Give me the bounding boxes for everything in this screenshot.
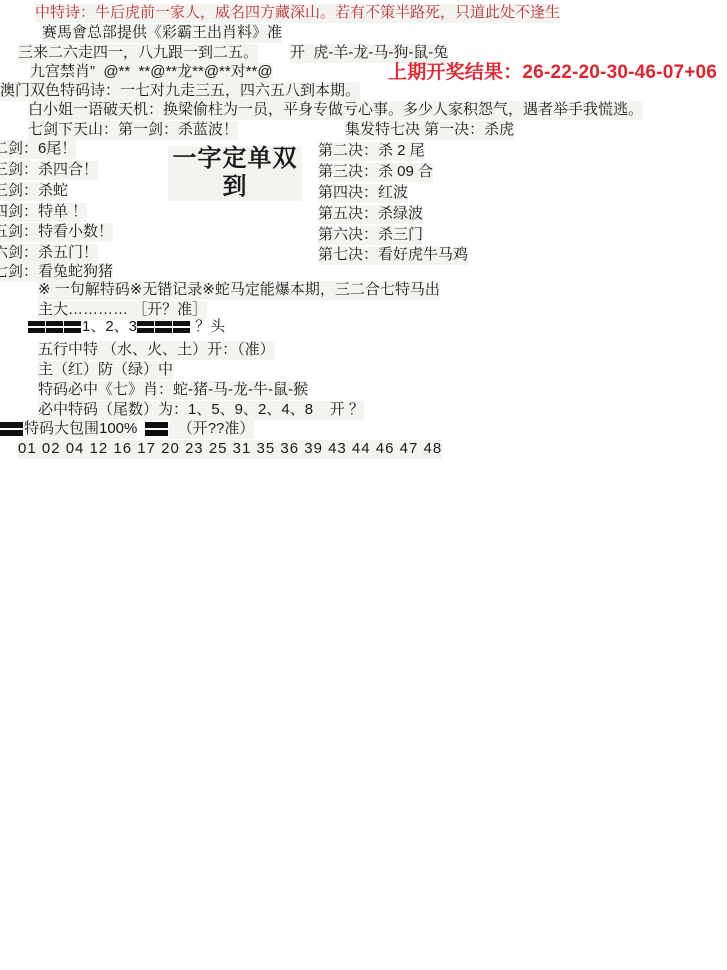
double-bar-icon	[137, 321, 154, 333]
saima-line: 赛馬會总部提供《彩霸王出肖料》准	[42, 24, 282, 43]
sword-item: 七剑：看兔蛇狗猪	[0, 263, 113, 282]
bars-tail-text: ？头	[191, 318, 225, 337]
jue-item: 第七决：看好虎牛马鸡	[318, 246, 468, 265]
bars-line: 1、2、3 ？头	[28, 318, 225, 337]
jue-item: 第二决：杀 2 尾	[318, 142, 425, 161]
center-banner-line1: 一字定单双	[168, 146, 302, 174]
double-bar-icon	[155, 321, 172, 333]
aomen-poem: 澳门双色特码诗：一七对九走三五，四六五八到本期。	[0, 82, 360, 101]
baixiaojie-line: 白小姐一语破天机：换梁偷柱为一员，平身专做亏心事。多少人家积怨气，遇者举手我慌逃…	[28, 101, 643, 120]
double-bar-icon	[28, 321, 45, 333]
double-bar-icon	[46, 321, 63, 333]
sword-item: 二剑：6尾！	[0, 140, 76, 159]
zhufang-line: 主（红）防（绿）中	[38, 361, 173, 380]
sword-item: 五剑：特看小数！	[0, 223, 113, 242]
jue-item: 第六决：杀三门	[318, 226, 423, 245]
sanlai-line: 三来二六走四一，八九跟一到二五。	[18, 44, 258, 63]
zhongte-poem: 中特诗：牛后虎前一家人，威名四方藏深山。若有不策半路死，只道此处不逢生	[35, 4, 560, 23]
qijian-header: 七剑下天山：第一剑：杀蓝波！	[28, 121, 238, 140]
last-result-label: 上期开奖结果：	[388, 62, 522, 83]
jue-item: 第三决：杀 09 合	[318, 163, 433, 182]
numbers-line: 01 02 04 12 16 17 20 23 25 31 35 36 39 4…	[18, 440, 442, 459]
double-bar-icon	[173, 321, 190, 333]
double-bar-icon	[64, 321, 81, 333]
baowei-line: 特码大包围100% （开??准）	[0, 420, 254, 439]
wuxing-line: 五行中特 （水、火、土）开：（准）	[38, 341, 275, 360]
lottery-tip-sheet: 中特诗：牛后虎前一家人，威名四方藏深山。若有不策半路死，只道此处不逢生 赛馬會总…	[0, 0, 727, 970]
baowei-tail: （开??准）	[169, 420, 254, 439]
jue-item: 第四决：红波	[318, 184, 408, 203]
sword-item: 三剑：杀蛇	[0, 182, 68, 201]
sword-item: 三剑：杀四合！	[0, 161, 98, 180]
bars-mid-text: 1、2、3	[82, 318, 137, 337]
double-bar-icon	[145, 422, 168, 436]
kai-zodiac-line: 开 虎-羊-龙-马-狗-鼠-兔	[290, 44, 448, 63]
jiugong-line: 九宫禁肖” @** **@**龙**@**对**@	[30, 63, 273, 82]
center-banner: 一字定单双 到	[168, 146, 302, 201]
bizhong-xiao-line: 特码必中《七》肖：蛇-猪-马-龙-牛-鼠-猴	[38, 381, 308, 400]
jifa-header: 集发特七决 第一决：杀虎	[345, 121, 514, 140]
last-result-numbers: 26-22-20-30-46-07+06	[522, 62, 717, 83]
jue-item: 第五决：杀绿波	[318, 205, 423, 224]
double-bar-icon	[0, 422, 23, 436]
zhuda-line: 主大………… ［开？准］	[38, 301, 207, 320]
bizhong-wei-line: 必中特码（尾数）为：1、5、9、2、4、8 开 ？	[38, 401, 364, 420]
center-banner-line2: 到	[168, 174, 302, 202]
baowei-label: 特码大包围100%	[24, 420, 137, 439]
sword-item: 六剑：杀五门！	[0, 244, 98, 263]
jietema-line: ※ 一句解特码※无错记录※蛇马定能爆本期，三二合七特马出	[38, 281, 440, 300]
last-result: 上期开奖结果：26-22-20-30-46-07+06	[388, 61, 717, 85]
sword-item: 四剑：特单 ！	[0, 203, 87, 222]
